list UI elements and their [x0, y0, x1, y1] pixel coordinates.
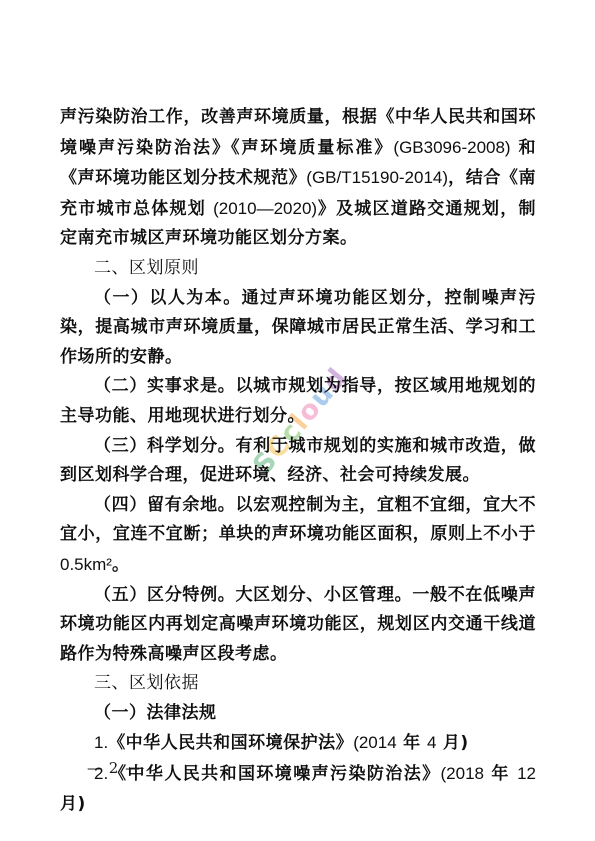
text-segment: 月)	[60, 794, 86, 814]
text-segment: 《中华人民共和国环境噪声污染防治法》	[108, 764, 440, 784]
latin-segment: (GB3096-2008)	[393, 138, 510, 157]
text-segment: （三）科学划分。有利于城市规划的实施和城市改造，做到区划科学合理，促进环境、经济…	[60, 436, 536, 486]
document-page: SCcloud 声污染防治工作，改善声环境质量，根据《中华人民共和国环境噪声污染…	[0, 0, 595, 841]
heading-legal-basis: （一）法律法规	[60, 699, 536, 729]
text-segment: 二、区划原则	[94, 258, 199, 278]
para-principle-5: （五）区分特例。大区划分、小区管理。一般不在低噪声环境功能区内再划定高噪声环境功…	[60, 581, 536, 670]
para-continuation: 声污染防治工作，改善声环境质量，根据《中华人民共和国环境噪声污染防治法》《声环境…	[60, 103, 536, 254]
text-segment: 年	[484, 764, 517, 784]
para-principle-1: （一）以人为本。通过声环境功能区划分，控制噪声污染，提高城市声环境质量，保障城市…	[60, 284, 536, 373]
latin-segment: (2014	[353, 733, 396, 752]
latin-segment: 12	[517, 764, 536, 783]
text-segment: 三、区划依据	[94, 673, 199, 693]
latin-segment: (GB/T15190-2014)	[306, 168, 448, 187]
para-principle-2: （二）实事求是。以城市规划为指导，按区域用地规划的主导功能、用地现状进行划分。	[60, 372, 536, 431]
text-segment: 。	[112, 555, 130, 575]
text-segment: 《中华人民共和国环境保护法》	[108, 733, 353, 753]
page-number: — 2 —	[87, 759, 141, 777]
text-segment: （一）以人为本。通过声环境功能区划分，控制噪声污染，提高城市声环境质量，保障城市…	[60, 288, 536, 367]
para-principle-3: （三）科学划分。有利于城市规划的实施和城市改造，做到区划科学合理，促进环境、经济…	[60, 432, 536, 491]
text-segment: 年	[397, 733, 427, 753]
heading-section-3: 三、区划依据	[60, 669, 536, 699]
text-segment: （四）留有余地。以宏观控制为主，宜粗不宜细，宜大不宜小，宜连不宜断；单块的声环境…	[60, 495, 536, 545]
heading-section-2: 二、区划原则	[60, 254, 536, 284]
text-segment: （二）实事求是。以城市规划为指导，按区域用地规划的主导功能、用地现状进行划分。	[60, 376, 536, 426]
latin-segment: (2018	[441, 764, 484, 783]
list-item-law-1: 1.《中华人民共和国环境保护法》(2014 年 4 月)	[60, 728, 536, 759]
document-body: 声污染防治工作，改善声环境质量，根据《中华人民共和国环境噪声污染防治法》《声环境…	[60, 103, 536, 819]
text-segment: （五）区分特例。大区划分、小区管理。一般不在低噪声环境功能区内再划定高噪声环境功…	[60, 585, 536, 664]
para-principle-4: （四）留有余地。以宏观控制为主，宜粗不宜细，宜大不宜小，宜连不宜断；单块的声环境…	[60, 491, 536, 581]
latin-segment: 1.	[94, 733, 108, 752]
text-segment: 月)	[436, 733, 468, 753]
latin-segment: (2010—2020)	[213, 199, 317, 218]
text-segment: （一）法律法规	[94, 703, 217, 723]
latin-segment: 0.5km²	[60, 555, 112, 574]
